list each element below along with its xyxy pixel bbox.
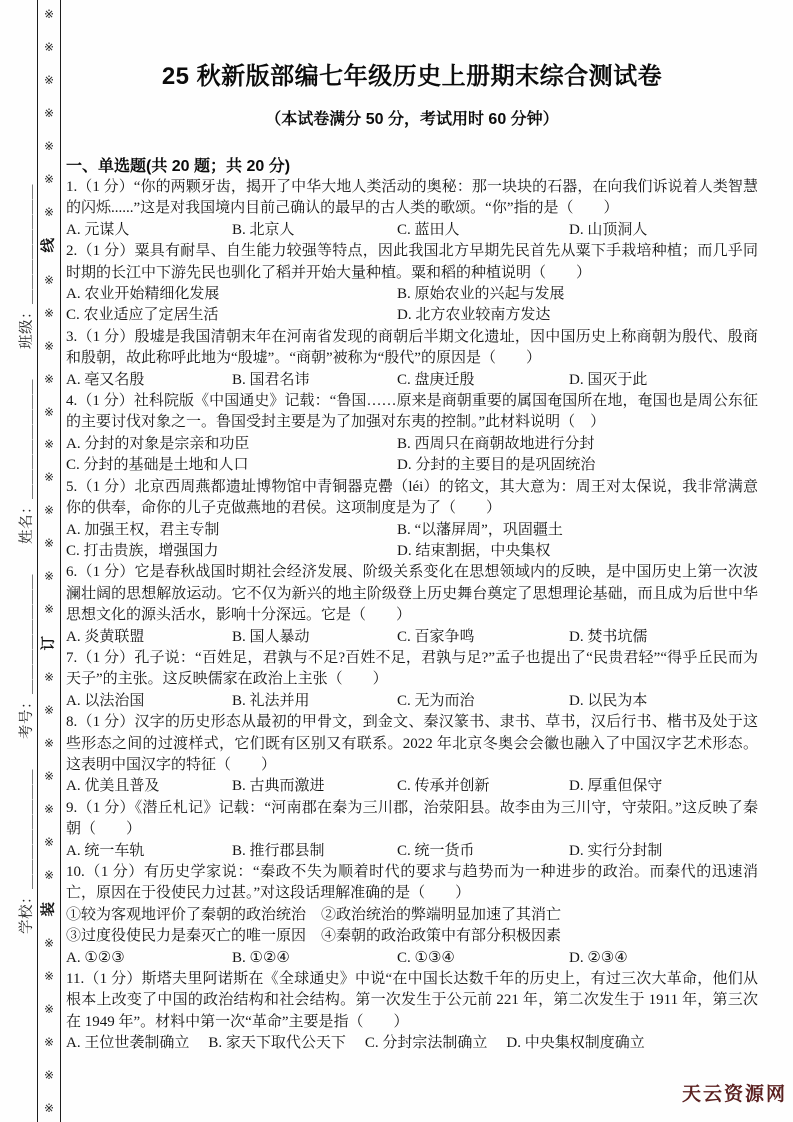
seal-mark: ※ [44, 307, 54, 319]
seal-mark: ※ [44, 1069, 54, 1081]
option-item: B. 礼法并用 [232, 691, 397, 712]
option-item: C. 分封宗法制确立 [365, 1033, 488, 1054]
section-heading: 一、单选题(共 20 题；共 20 分) [66, 156, 758, 177]
options-row: A. 王位世袭制确立B. 家天下取代公天下C. 分封宗法制确立D. 中央集权制度… [66, 1033, 758, 1054]
option-item: A. 以法治国 [66, 691, 232, 712]
seal-mark: ※ [44, 1036, 54, 1048]
option-item: B. 古典而激进 [232, 776, 397, 797]
option-item: B. 原始农业的兴起与发展 [397, 284, 758, 305]
question-stem: 1.（1 分）“你的两颗牙齿，揭开了中华大地人类活动的奥秘：那一块块的石器，在向… [66, 177, 758, 220]
question-stem: 11.（1 分）斯塔夫里阿诺斯在《全球通史》中说“在中国长达数千年的历史上，有过… [66, 969, 758, 1033]
option-item: C. 盘庚迁殷 [397, 370, 569, 391]
seal-mark: ※ [44, 406, 54, 418]
option-item: D. 焚书坑儒 [569, 627, 758, 648]
seal-mark: ※ [44, 704, 54, 716]
option-item: A. ①②③ [66, 948, 232, 969]
options-row: A. 加强王权，君主专制B. “以藩屏周”，巩固疆土C. 打击贵族，增强国力D.… [66, 520, 758, 563]
site-watermark: 天云资源网 [682, 1079, 787, 1106]
question-stem: 2.（1 分）粟具有耐旱、自生能力较强等特点，因此我国北方早期先民首先从粟下手栽… [66, 241, 758, 284]
seal-mark: ※ [44, 570, 54, 582]
seal-mark: ※ [44, 537, 54, 549]
option-item: C. 传承并创新 [397, 776, 569, 797]
seal-mark: ※ [44, 803, 54, 815]
option-item: A. 优美且普及 [66, 776, 232, 797]
option-item: D. 分封的主要目的是巩固统治 [397, 455, 758, 476]
question-stem: 3.（1 分）殷墟是我国清朝末年在河南省发现的商朝后半期文化遗址，因中国历史上称… [66, 327, 758, 370]
question-list: 1.（1 分）“你的两颗牙齿，揭开了中华大地人类活动的奥秘：那一块块的石器，在向… [66, 177, 758, 1055]
option-item: A. 炎黄联盟 [66, 627, 232, 648]
option-item: D. ②③④ [569, 948, 758, 969]
option-item: C. ①③④ [397, 948, 569, 969]
question: 8.（1 分）汉字的历史形态从最初的甲骨文，到金文、秦汉篆书、隶书、草书，汉后行… [66, 712, 758, 798]
seal-mark: ※ [44, 274, 54, 286]
seal-mark: ※ [44, 438, 54, 450]
statement-line: ③过度役使民力是秦灭亡的唯一原因 ④秦朝的政治政策中有部分积极因素 [66, 926, 758, 947]
options-row: A. 优美且普及B. 古典而激进C. 传承并创新D. 厚重但保守 [66, 776, 758, 797]
seal-char: 订 [42, 636, 57, 651]
question: 1.（1 分）“你的两颗牙齿，揭开了中华大地人类活动的奥秘：那一块块的石器，在向… [66, 177, 758, 241]
seal-mark: ※ [44, 471, 54, 483]
seal-mark: ※ [44, 836, 54, 848]
seal-char: 装 [42, 902, 57, 917]
question-stem: 10.（1 分）有历史学家说：“秦政不失为顺着时代的要求与趋势而为一种进步的政治… [66, 862, 758, 905]
seal-mark: ※ [44, 140, 54, 152]
question: 3.（1 分）殷墟是我国清朝末年在河南省发现的商朝后半期文化遗址，因中国历史上称… [66, 327, 758, 391]
options-row: A. 统一车轨B. 推行郡县制C. 统一货币D. 实行分封制 [66, 841, 758, 862]
seal-mark: ※ [44, 373, 54, 385]
option-item: D. 以民为本 [569, 691, 758, 712]
question-stem: 5.（1 分）北京西周燕都遗址博物馆中青铜器克罍（léi）的铭文，其大意为：周王… [66, 477, 758, 520]
option-item: B. “以藩屏周”，巩固疆土 [397, 520, 758, 541]
option-item: C. 分封的基础是土地和人口 [66, 455, 397, 476]
options-row: A. 炎黄联盟B. 国人暴动C. 百家争鸣D. 焚书坑儒 [66, 627, 758, 648]
student-info-fields: 学校：＿＿＿＿＿＿＿＿ 考号：＿＿＿＿＿＿＿＿ 姓名：＿＿＿＿＿＿＿＿ 班级：＿… [15, 119, 37, 999]
option-item: D. 结束割据，中央集权 [397, 541, 758, 562]
seal-mark: ※ [44, 869, 54, 881]
option-item: D. 北方农业较南方发达 [397, 305, 758, 326]
option-item: A. 加强王权，君主专制 [66, 520, 397, 541]
seal-mark: ※ [44, 1102, 54, 1114]
seal-line-strip: ※※※※※※※线※※※※※※※※※※※订※※※※※※※装※※※※※※ [37, 0, 61, 1122]
question: 2.（1 分）粟具有耐旱、自生能力较强等特点，因此我国北方早期先民首先从粟下手栽… [66, 241, 758, 327]
question: 5.（1 分）北京西周燕都遗址博物馆中青铜器克罍（léi）的铭文，其大意为：周王… [66, 477, 758, 563]
option-item: A. 元谋人 [66, 220, 232, 241]
seal-mark: ※ [44, 173, 54, 185]
question-stem: 8.（1 分）汉字的历史形态从最初的甲骨文，到金文、秦汉篆书、隶书、草书，汉后行… [66, 712, 758, 776]
option-item: D. 国灭于此 [569, 370, 758, 391]
question: 6.（1 分）它是春秋战国时期社会经济发展、阶级关系变化在思想领域内的反映，是中… [66, 562, 758, 648]
seal-mark: ※ [44, 41, 54, 53]
option-item: B. 推行郡县制 [232, 841, 397, 862]
seal-mark: ※ [44, 8, 54, 20]
option-item: C. 蓝田人 [397, 220, 569, 241]
seal-mark: ※ [44, 937, 54, 949]
option-item: D. 实行分封制 [569, 841, 758, 862]
seal-mark: ※ [44, 970, 54, 982]
seal-mark: ※ [44, 770, 54, 782]
seal-mark: ※ [44, 340, 54, 352]
option-item: D. 厚重但保守 [569, 776, 758, 797]
question-stem: 6.（1 分）它是春秋战国时期社会经济发展、阶级关系变化在思想领域内的反映，是中… [66, 562, 758, 626]
option-item: C. 百家争鸣 [397, 627, 569, 648]
option-item: A. 农业开始精细化发展 [66, 284, 397, 305]
exam-title: 25 秋新版部编七年级历史上册期末综合测试卷 [66, 56, 758, 91]
options-row: A. 分封的对象是宗亲和功臣B. 西周只在商朝故地进行分封C. 分封的基础是土地… [66, 434, 758, 477]
option-item: B. 国君名讳 [232, 370, 397, 391]
options-row: A. 元谋人B. 北京人C. 蓝田人D. 山顶洞人 [66, 220, 758, 241]
options-row: A. 以法治国B. 礼法并用C. 无为而治D. 以民为本 [66, 691, 758, 712]
seal-mark: ※ [44, 1003, 54, 1015]
seal-mark: ※ [44, 603, 54, 615]
question: 7.（1 分）孔子说：“百姓足，君孰与不足?百姓不足，君孰与足?”孟子也提出了“… [66, 648, 758, 712]
question-stem: 9.（1 分）《潜丘札记》记载：“河南郡在秦为三川郡，治荥阳县。故李由为三川守，… [66, 798, 758, 841]
question-stem: 7.（1 分）孔子说：“百姓足，君孰与不足?百姓不足，君孰与足?”孟子也提出了“… [66, 648, 758, 691]
option-item: A. 王位世袭制确立 [66, 1033, 189, 1054]
seal-mark: ※ [44, 737, 54, 749]
seal-mark: ※ [44, 206, 54, 218]
question-stem: 4.（1 分）社科院版《中国通史》记载：“鲁国……原来是商朝重要的属国奄国所在地… [66, 391, 758, 434]
option-item: B. 西周只在商朝故地进行分封 [397, 434, 758, 455]
question: 9.（1 分）《潜丘札记》记载：“河南郡在秦为三川郡，治荥阳县。故李由为三川守，… [66, 798, 758, 862]
options-row: A. 亳又名殷B. 国君名讳C. 盘庚迁殷D. 国灭于此 [66, 370, 758, 391]
option-item: C. 统一货币 [397, 841, 569, 862]
exam-subtitle: （本试卷满分 50 分，考试用时 60 分钟） [66, 106, 758, 129]
option-item: B. ①②④ [232, 948, 397, 969]
question: 10.（1 分）有历史学家说：“秦政不失为顺着时代的要求与趋势而为一种进步的政治… [66, 862, 758, 969]
option-item: D. 中央集权制度确立 [506, 1033, 644, 1054]
seal-mark: ※ [44, 107, 54, 119]
option-item: C. 无为而治 [397, 691, 569, 712]
option-item: A. 亳又名殷 [66, 370, 232, 391]
seal-char: 线 [42, 238, 57, 253]
option-item: A. 统一车轨 [66, 841, 232, 862]
seal-mark: ※ [44, 671, 54, 683]
statement-line: ①较为客观地评价了秦朝的政治统治 ②政治统治的弊端明显加速了其消亡 [66, 905, 758, 926]
option-item: D. 山顶洞人 [569, 220, 758, 241]
option-item: A. 分封的对象是宗亲和功臣 [66, 434, 397, 455]
exam-page: 25 秋新版部编七年级历史上册期末综合测试卷 （本试卷满分 50 分，考试用时 … [66, 0, 758, 1055]
option-item: B. 家天下取代公天下 [208, 1033, 346, 1054]
question: 11.（1 分）斯塔夫里阿诺斯在《全球通史》中说“在中国长达数千年的历史上，有过… [66, 969, 758, 1055]
option-item: C. 打击贵族，增强国力 [66, 541, 397, 562]
option-item: B. 国人暴动 [232, 627, 397, 648]
seal-mark: ※ [44, 74, 54, 86]
options-row: A. ①②③B. ①②④C. ①③④D. ②③④ [66, 948, 758, 969]
option-item: B. 北京人 [232, 220, 397, 241]
options-row: A. 农业开始精细化发展B. 原始农业的兴起与发展C. 农业适应了定居生活D. … [66, 284, 758, 327]
option-item: C. 农业适应了定居生活 [66, 305, 397, 326]
seal-mark: ※ [44, 504, 54, 516]
question: 4.（1 分）社科院版《中国通史》记载：“鲁国……原来是商朝重要的属国奄国所在地… [66, 391, 758, 477]
